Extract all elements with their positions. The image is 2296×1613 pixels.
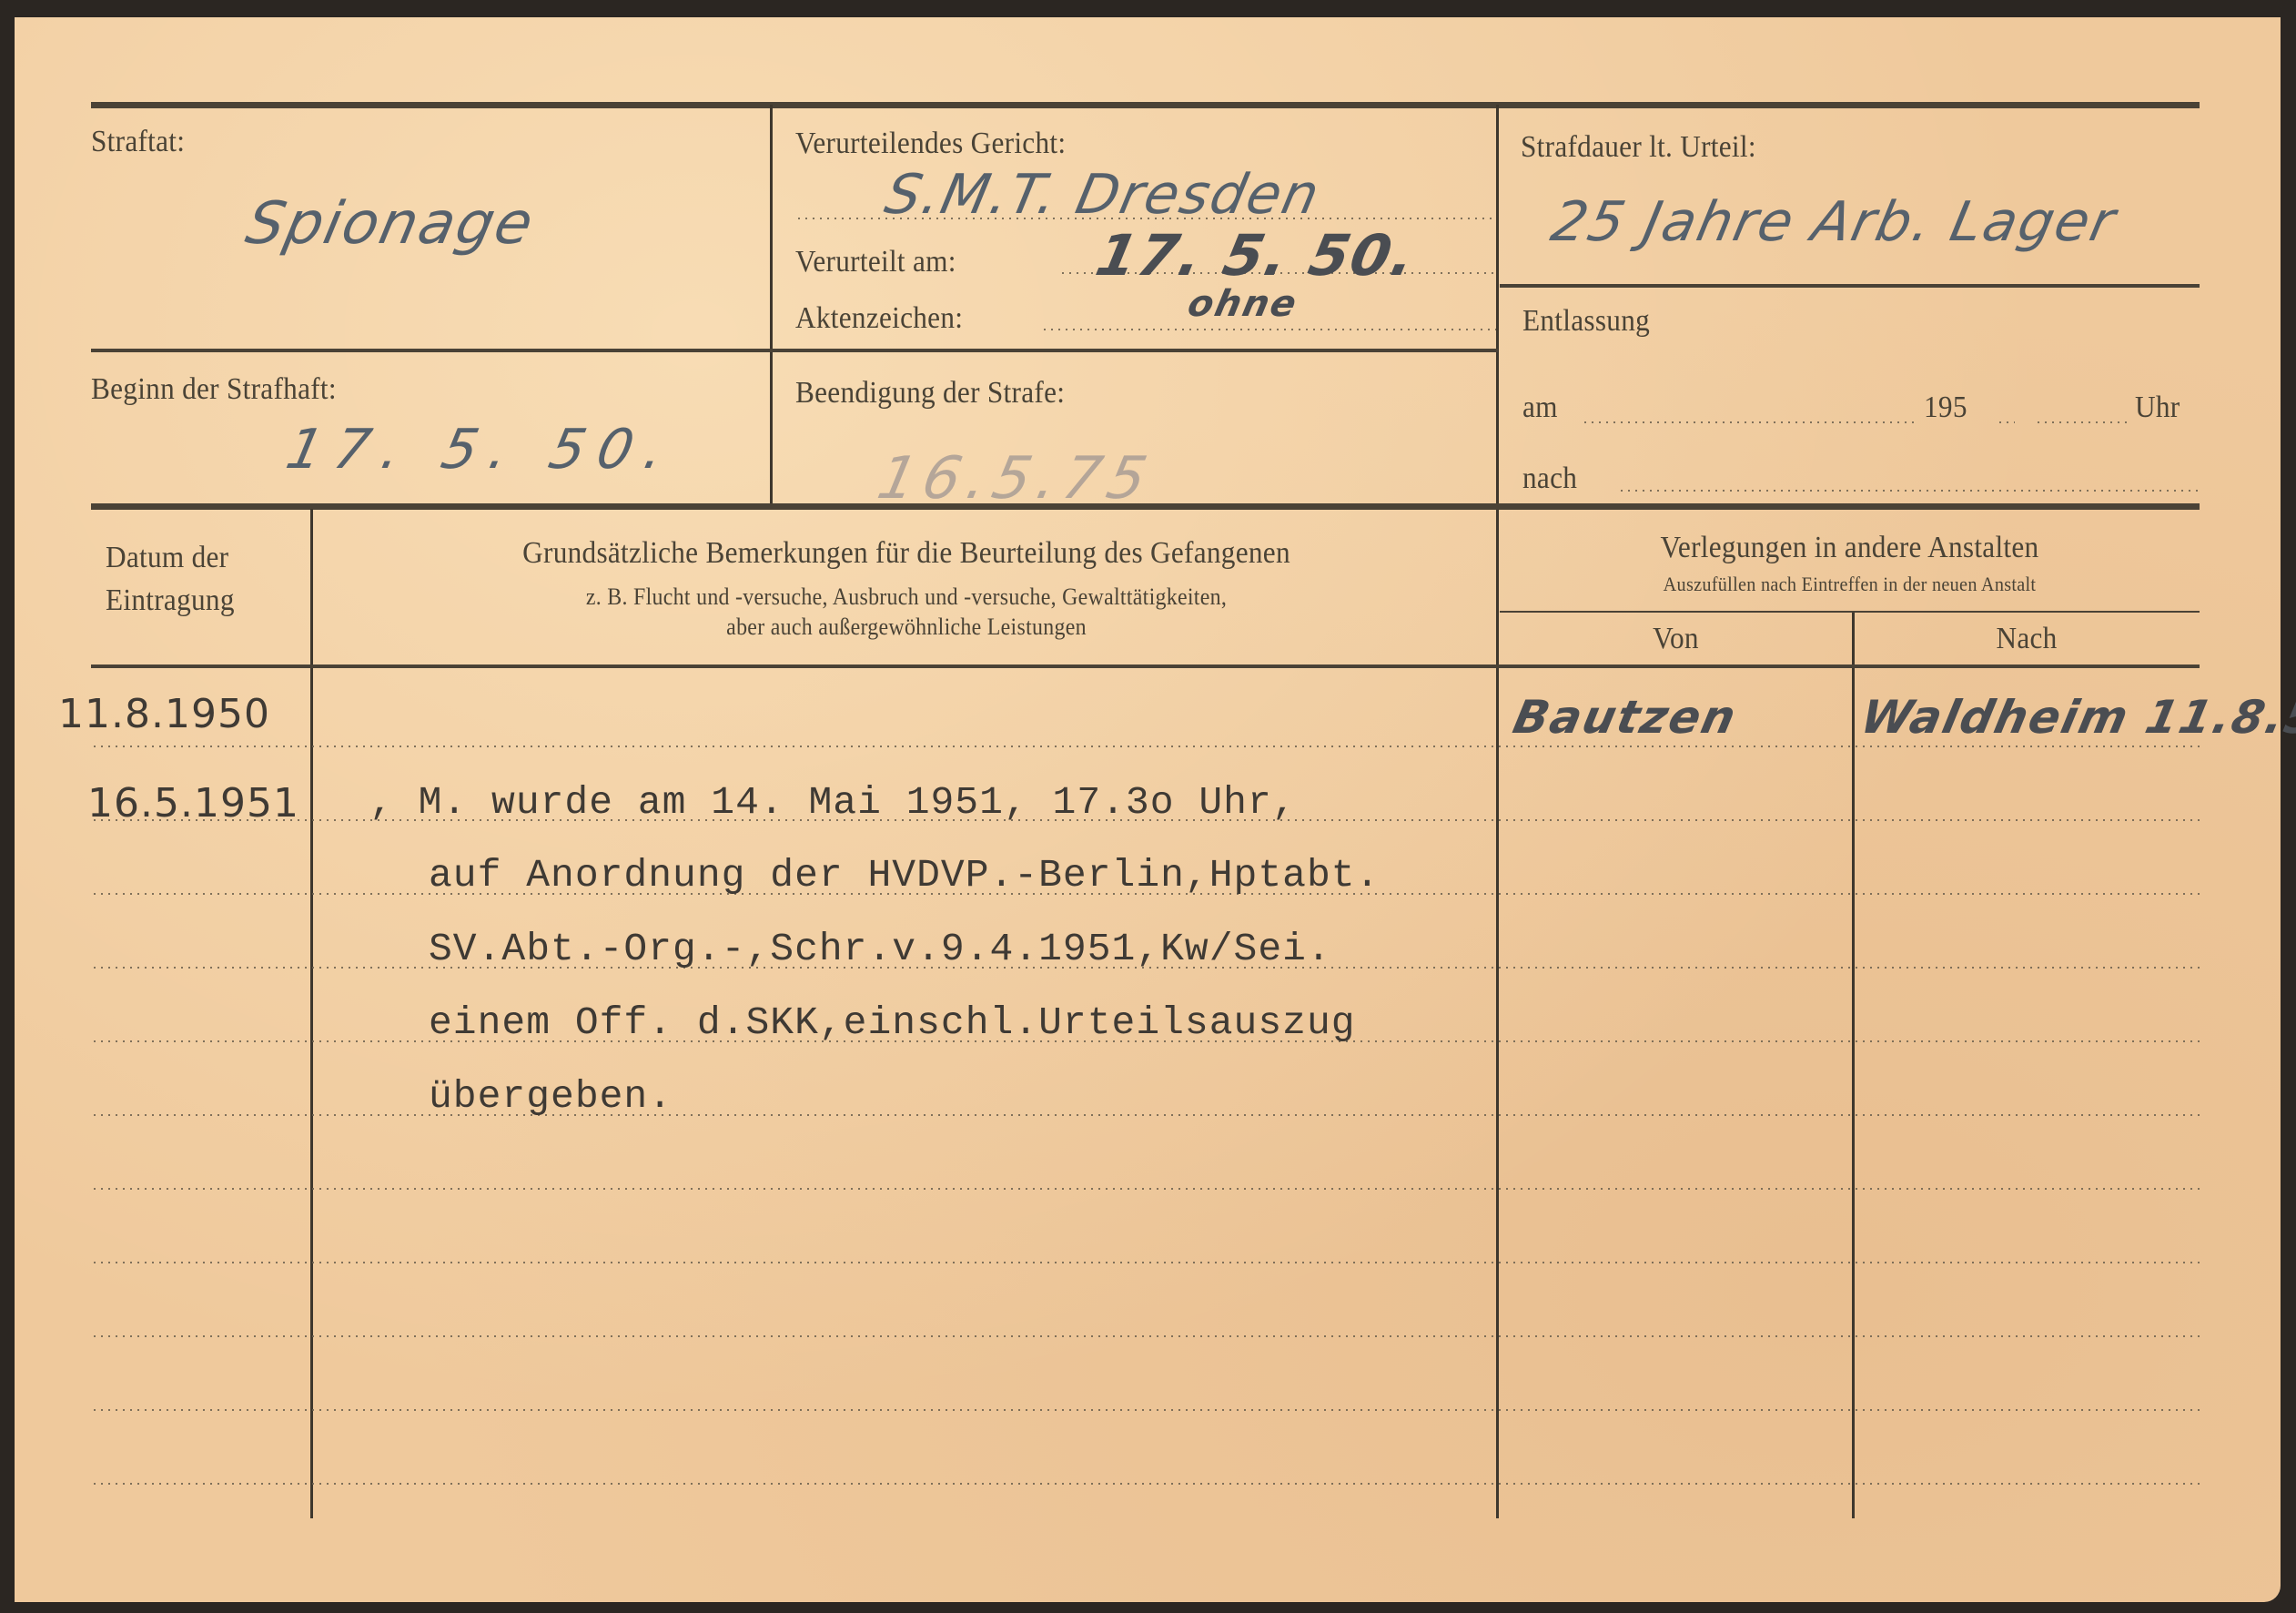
right-block-mid-rule	[1500, 284, 2200, 288]
entlassung-nach-dotted-line	[1618, 490, 2200, 492]
verlegungen-sub-rule	[1500, 611, 2200, 613]
table-row-line	[91, 1114, 2200, 1116]
divider-middle-right	[1496, 105, 1499, 1518]
verurteilt-value: 17. 5. 50.	[1090, 222, 1422, 289]
divider-left-middle	[770, 105, 773, 506]
datum-header-line2: Eintragung	[106, 583, 235, 618]
bemerkungen-header-sub2: aber auch außergewöhnliche Leistungen	[362, 614, 1451, 641]
table-row-line	[91, 1262, 2200, 1263]
table-row-line	[91, 746, 2200, 747]
verlegungen-header-title: Verlegungen in andere Anstalten	[1528, 531, 2171, 565]
von-nach-divider	[1852, 613, 1855, 1518]
remark-line: übergeben.	[429, 1074, 673, 1119]
verlegungen-header-sub: Auszufüllen nach Eintreffen in der neuen…	[1528, 573, 2171, 596]
nach-header: Nach	[1867, 622, 2186, 656]
entry-datum: 11.8.1950	[58, 691, 270, 737]
entlassung-label: Entlassung	[1522, 304, 1650, 339]
beginn-value: 17. 5. 50.	[281, 418, 683, 482]
beendigung-value: 16.5.75	[872, 445, 1159, 512]
entlassung-uhr-dotted-line	[2035, 421, 2129, 423]
record-card: Straftat: Spionage Verurteilendes Gerich…	[15, 17, 2281, 1602]
datum-column-divider	[310, 509, 313, 1518]
entry-nach: Waldheim 11.8.50	[1856, 691, 2296, 744]
aktenzeichen-dotted-line	[1041, 329, 1496, 330]
beginn-label: Beginn der Strafhaft:	[91, 372, 337, 407]
entlassung-nach-label: nach	[1522, 462, 1577, 496]
table-row-line	[91, 1409, 2200, 1411]
table-header-bottom-rule	[91, 664, 2200, 668]
remark-line: auf Anordnung der HVDVP.-Berlin,Hptabt.	[429, 853, 1380, 898]
gericht-value: S.M.T. Dresden	[880, 163, 1327, 227]
entlassung-year-dotted-line	[1997, 421, 2015, 423]
bemerkungen-header-sub1: z. B. Flucht und -versuche, Ausbruch und…	[362, 583, 1451, 611]
left-block-mid-rule	[91, 349, 1498, 352]
table-row-line	[91, 1483, 2200, 1485]
entlassung-am-dotted-line	[1582, 421, 1918, 423]
straftat-value: Spionage	[240, 190, 541, 258]
aktenzeichen-label: Aktenzeichen:	[795, 301, 963, 336]
entry-von: Bautzen	[1509, 691, 1742, 744]
entlassung-uhr-label: Uhr	[2135, 391, 2180, 425]
remark-line: SV.Abt.-Org.-,Schr.v.9.4.1951,Kw/Sei.	[429, 927, 1331, 971]
top-rule	[91, 102, 2200, 108]
verurteilt-label: Verurteilt am:	[795, 245, 956, 279]
gericht-label: Verurteilendes Gericht:	[795, 127, 1066, 161]
bemerkungen-header-title: Grundsätzliche Bemerkungen für die Beurt…	[362, 536, 1451, 571]
strafdauer-value: 25 Jahre Arb. Lager	[1546, 190, 2122, 254]
table-row-line	[91, 1188, 2200, 1190]
von-header: Von	[1513, 622, 1837, 656]
remark-line: , M. wurde am 14. Mai 1951, 17.3o Uhr,	[369, 780, 1297, 825]
entlassung-am-label: am	[1522, 391, 1558, 425]
aktenzeichen-value: ohne	[1184, 283, 1301, 325]
table-row-line	[91, 1335, 2200, 1337]
datum-header-line1: Datum der	[106, 541, 228, 575]
entlassung-year-prefix: 195	[1924, 391, 1967, 425]
strafdauer-label: Strafdauer lt. Urteil:	[1521, 130, 1756, 165]
straftat-label: Straftat:	[91, 125, 185, 159]
beendigung-label: Beendigung der Strafe:	[795, 376, 1065, 411]
remark-line: einem Off. d.SKK,einschl.Urteilsauszug	[429, 1000, 1356, 1045]
entry-datum: 16.5.1951	[87, 780, 299, 827]
